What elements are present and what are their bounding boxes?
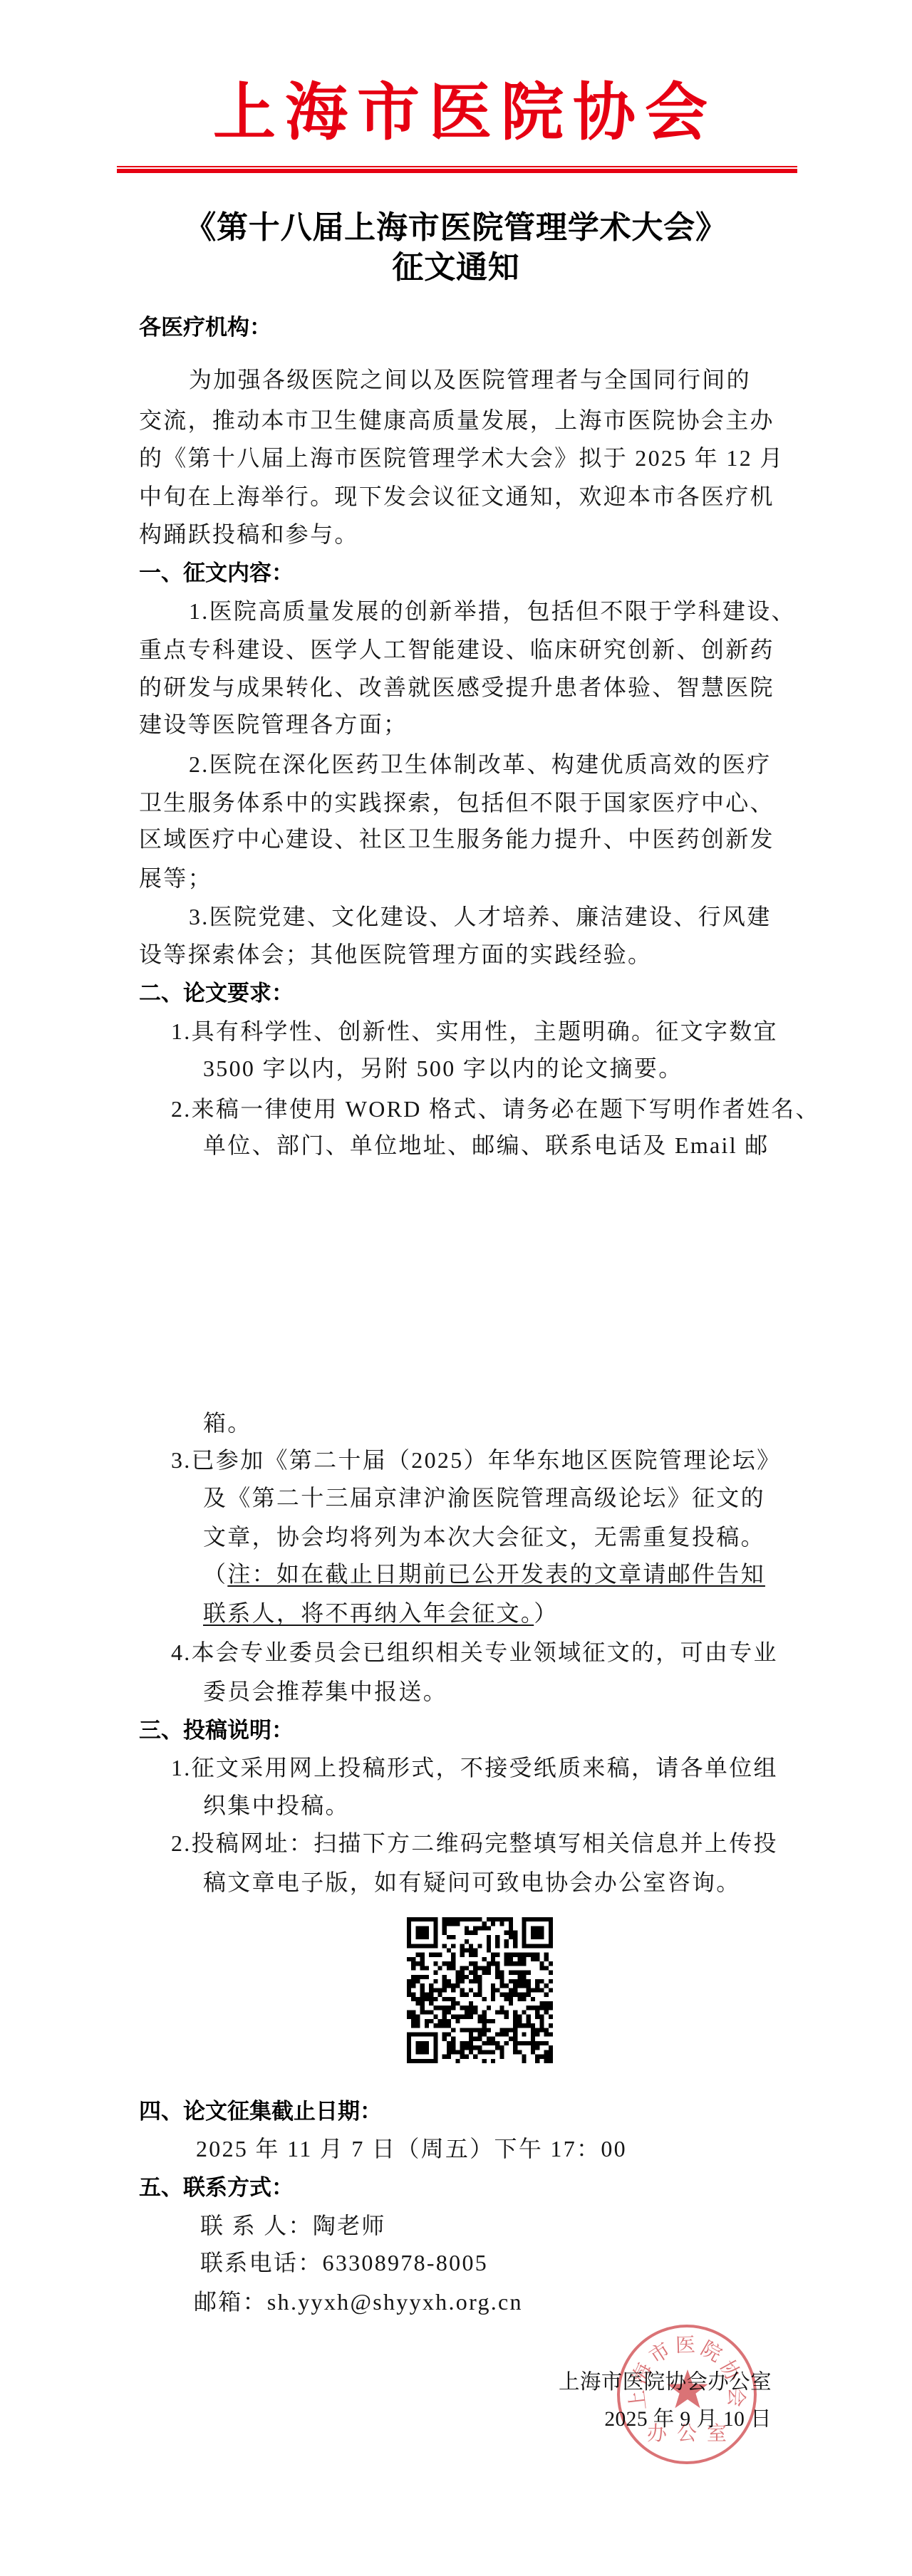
intro-line: 构踊跃投稿和参与。 <box>139 515 359 553</box>
document-subtitle: 征文通知 <box>0 248 912 288</box>
section-heading: 五、联系方式： <box>139 2169 294 2207</box>
intro-line: 为加强各级医院之间以及医院管理者与全国同行间的 <box>189 360 751 399</box>
section-heading: 四、论文征集截止日期： <box>139 2092 382 2131</box>
note-open-paren: （ <box>203 1561 227 1587</box>
section-heading: 二、论文要求： <box>139 974 294 1013</box>
item-line: 3.医院党建、文化建设、人才培养、廉洁建设、行风建 <box>189 897 772 936</box>
note-underlined-text: 联系人，将不再纳入年会征文。 <box>203 1600 534 1626</box>
letterhead-rule-thick <box>117 169 797 173</box>
item-line: 单位、部门、单位地址、邮编、联系电话及 Email 邮 <box>203 1126 769 1164</box>
item-line: 稿文章电子版，如有疑问可致电协会办公室咨询。 <box>203 1863 741 1902</box>
item-line: 文章，协会均将列为本次大会征文，无需重复投稿。 <box>203 1518 765 1556</box>
item-line: 1.医院高质量发展的创新举措，包括但不限于学科建设、 <box>189 592 796 630</box>
document-title: 《第十八届上海市医院管理学术大会》 <box>0 208 912 248</box>
note-line: （注：如在截止日期前已公开发表的文章请邮件告知 <box>203 1555 765 1593</box>
section-heading: 一、征文内容： <box>139 554 294 593</box>
intro-line: 交流，推动本市卫生健康高质量发展，上海市医院协会主办 <box>139 401 774 439</box>
contact-label: 联系电话： <box>200 2250 323 2275</box>
item-line: 的研发与成果转化、改善就医感受提升患者体验、智慧医院 <box>139 668 774 706</box>
item-line: 重点专科建设、医学人工智能建设、临床研究创新、创新药 <box>139 630 774 669</box>
letterhead-rule-thin <box>117 166 797 167</box>
contact-label: 联 系 人： <box>200 2213 313 2238</box>
item-line: 建设等医院管理各方面； <box>139 705 408 744</box>
salutation: 各医疗机构： <box>139 308 271 347</box>
contact-label: 邮箱： <box>194 2289 267 2315</box>
item-line: 及《第二十三届京津沪渝医院管理高级论坛》征文的 <box>203 1479 765 1517</box>
contact-value: sh.yyxh@shyyxh.org.cn <box>267 2289 523 2315</box>
item-line: 设等探索体会；其他医院管理方面的实践经验。 <box>139 935 652 974</box>
note-underlined-text: 注：如在截止日期前已公开发表的文章请邮件告知 <box>227 1561 765 1587</box>
item-line: 区域医疗中心建设、社区卫生服务能力提升、中医药创新发 <box>139 820 774 858</box>
item-line: 织集中投稿。 <box>203 1786 350 1825</box>
official-stamp: 上海市医院协会 办公室 <box>616 2323 758 2466</box>
item-line: 展等； <box>139 859 212 897</box>
note-line: 联系人，将不再纳入年会征文。） <box>203 1594 559 1632</box>
item-line: 卫生服务体系中的实践探索，包括但不限于国家医疗中心、 <box>139 783 774 822</box>
item-line: 3.已参加《第二十届（2025）年华东地区医院管理论坛》 <box>171 1441 781 1479</box>
item-line: 3500 字以内，另附 500 字以内的论文摘要。 <box>203 1049 683 1088</box>
letterhead-org-name: 上海市医院协会 <box>213 76 717 147</box>
item-line: 箱。 <box>203 1404 252 1442</box>
contact-phone: 联系电话：63308978-8005 <box>200 2243 488 2282</box>
intro-line: 中旬在上海举行。现下发会议征文通知，欢迎本市各医疗机 <box>139 477 774 516</box>
section-heading: 三、投稿说明： <box>139 1711 294 1750</box>
contact-value: 63308978-8005 <box>323 2250 489 2275</box>
note-close-paren: ） <box>534 1600 558 1626</box>
contact-person: 联 系 人：陶老师 <box>200 2206 386 2245</box>
contact-value: 陶老师 <box>313 2213 386 2238</box>
item-line: 2.投稿网址：扫描下方二维码完整填写相关信息并上传投 <box>171 1824 778 1862</box>
item-line: 2.来稿一律使用 WORD 格式、请务必在题下写明作者姓名、 <box>171 1090 820 1128</box>
item-line: 1.征文采用网上投稿形式，不接受纸质来稿，请各单位组 <box>171 1748 778 1787</box>
intro-line: 的《第十八届上海市医院管理学术大会》拟于 2025 年 12 月 <box>139 439 784 477</box>
item-line: 4.本会专业委员会已组织相关专业领域征文的，可由专业 <box>171 1633 778 1672</box>
star-icon <box>668 2369 708 2408</box>
item-line: 委员会推荐集中报送。 <box>203 1672 447 1711</box>
deadline-value: 2025 年 11 月 7 日（周五）下午 17：00 <box>196 2129 627 2168</box>
stamp-bottom-text: 办公室 <box>647 2422 737 2445</box>
document-page: 上海市医院协会 《第十八届上海市医院管理学术大会》 征文通知 各医疗机构： 为加… <box>0 0 912 2576</box>
contact-email: 邮箱：sh.yyxh@shyyxh.org.cn <box>194 2283 523 2321</box>
item-line: 1.具有科学性、创新性、实用性，主题明确。征文字数宜 <box>171 1012 778 1050</box>
item-line: 2.医院在深化医药卫生体制改革、构建优质高效的医疗 <box>189 745 772 783</box>
qr-code <box>407 1917 553 2063</box>
